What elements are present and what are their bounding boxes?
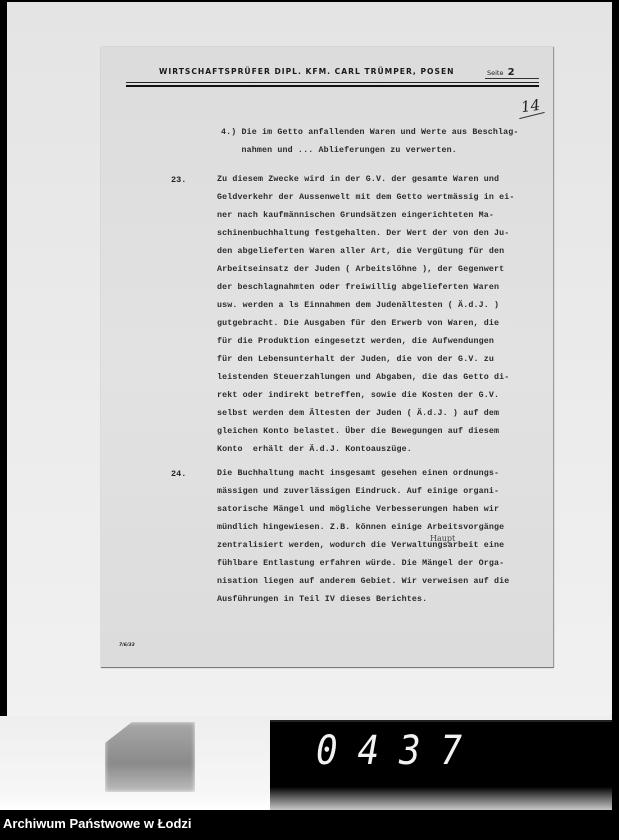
letterhead-rule-thin [126, 82, 539, 83]
page-label-text: Seite [487, 69, 503, 77]
page-number: 2 [508, 67, 515, 78]
paragraph-23-text: Zu diesem Zwecke wird in der G.V. der ge… [217, 171, 514, 459]
scan-area: WIRTSCHAFTSPRÜFER DIPL. KFM. CARL TRÜMPE… [0, 0, 619, 810]
paragraph-number-24: 24. [171, 469, 186, 479]
paragraph-number-23: 23. [171, 175, 186, 185]
page-label-underline [485, 78, 539, 79]
letterhead-rule-thick [126, 85, 539, 87]
frame-counter-panel: 0437 [270, 720, 612, 812]
document-page: WIRTSCHAFTSPRÜFER DIPL. KFM. CARL TRÜMPE… [101, 47, 554, 668]
footer-bar: Archiwum Państwowe w Łodzi [0, 810, 619, 840]
item-4-text: 4.) Die im Getto anfallenden Waren und W… [221, 124, 518, 160]
archive-name: Archiwum Państwowe w Łodzi [3, 816, 192, 831]
letterhead: WIRTSCHAFTSPRÜFER DIPL. KFM. CARL TRÜMPE… [159, 67, 455, 76]
page-label: Seite 2 [487, 67, 515, 78]
frame-counter: 0437 [316, 728, 482, 774]
paragraph-24-text: Die Buchhaltung macht insgesamt gesehen … [217, 465, 509, 609]
typist-mark: 7/6/33 [119, 643, 135, 648]
handwritten-insert: Haupt [430, 534, 455, 543]
shadow-block [105, 722, 195, 792]
